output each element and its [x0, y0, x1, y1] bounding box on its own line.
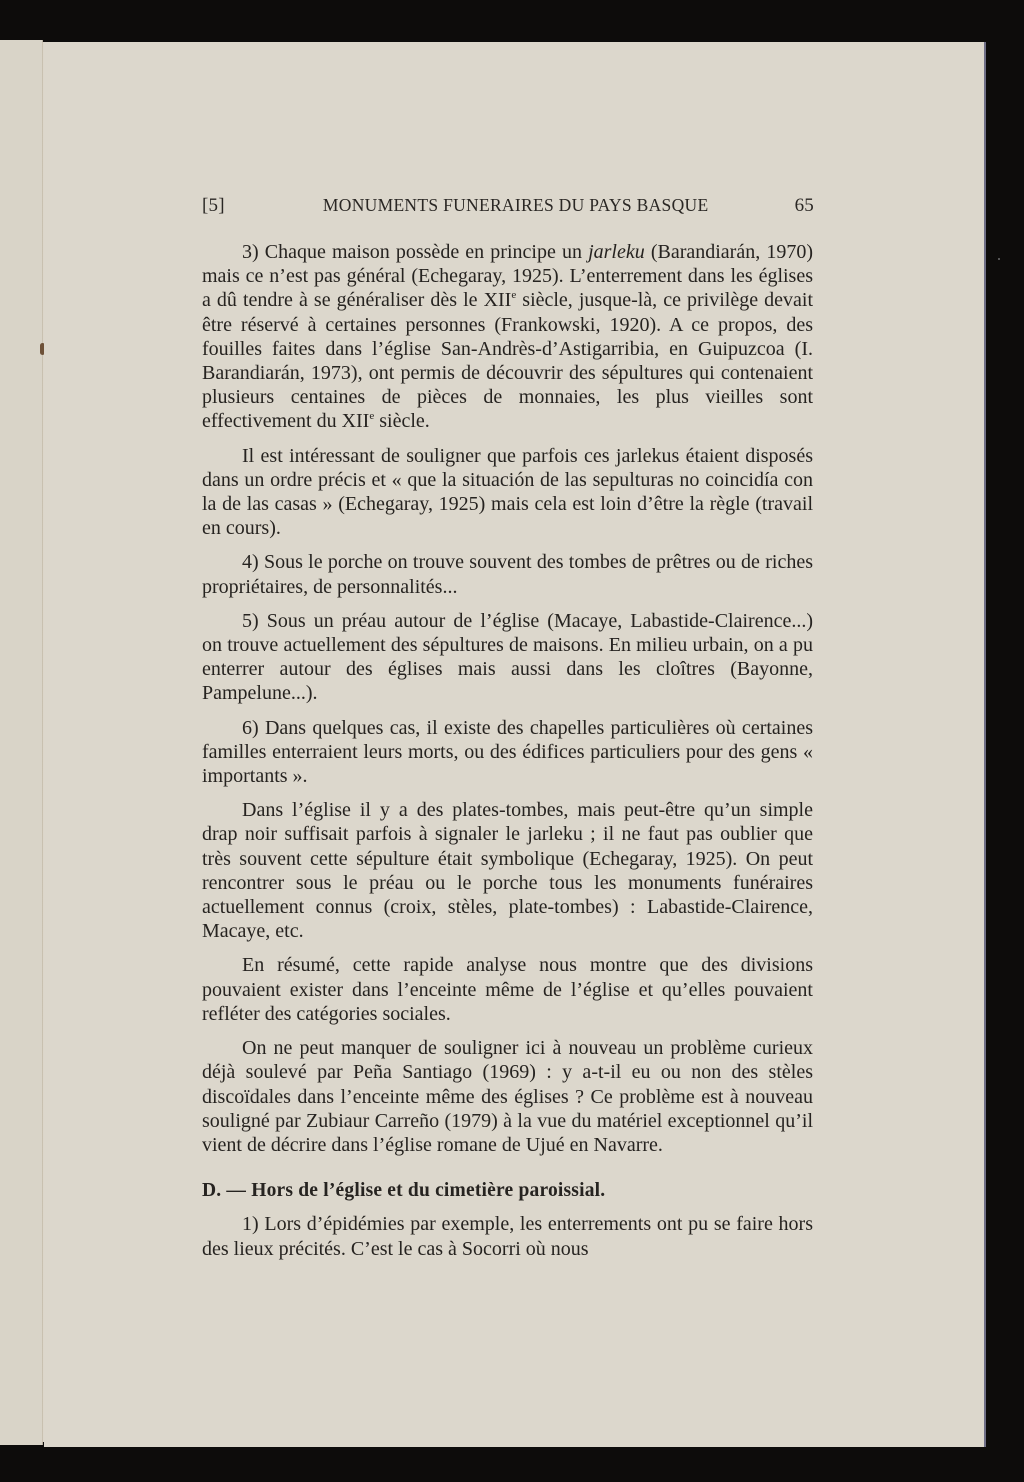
paragraph-6: 6) Dans quelques cas, il existe des chap… [202, 716, 813, 789]
running-title: MONUMENTS FUNERAIRES DU PAYS BASQUE [225, 195, 795, 216]
paragraph-probleme: On ne peut manquer de souligner ici à no… [202, 1036, 813, 1157]
italic-term: jarleku [588, 241, 645, 263]
paragraph-4: 4) Sous le porche on trouve souvent des … [202, 550, 813, 598]
body-text: 3) Chaque maison possède en principe un … [202, 240, 813, 1271]
paragraph-plates-tombes: Dans l’église il y a des plates-tombes, … [202, 798, 813, 943]
page-number: 65 [795, 195, 814, 217]
paragraph-jarlekus: Il est intéressant de souligner que parf… [202, 444, 813, 541]
book-page: [5] MONUMENTS FUNERAIRES DU PAYS BASQUE … [44, 42, 984, 1447]
paragraph-5: 5) Sous un préau autour de l’église (Mac… [202, 609, 813, 706]
speck [998, 258, 1000, 260]
section-d-paragraph-1: 1) Lors d’épidémies par exemple, les ent… [202, 1212, 813, 1260]
section-d-heading: D. — Hors de l’église et du cimetière pa… [202, 1179, 813, 1203]
scanned-page-view: [5] MONUMENTS FUNERAIRES DU PAYS BASQUE … [0, 0, 1024, 1482]
paragraph-3: 3) Chaque maison possède en principe un … [202, 240, 813, 434]
paragraph-resume: En résumé, cette rapide analyse nous mon… [202, 953, 813, 1026]
running-header: [5] MONUMENTS FUNERAIRES DU PAYS BASQUE … [202, 195, 814, 221]
page-reference: [5] [202, 195, 225, 217]
previous-page-edge [0, 40, 43, 1445]
